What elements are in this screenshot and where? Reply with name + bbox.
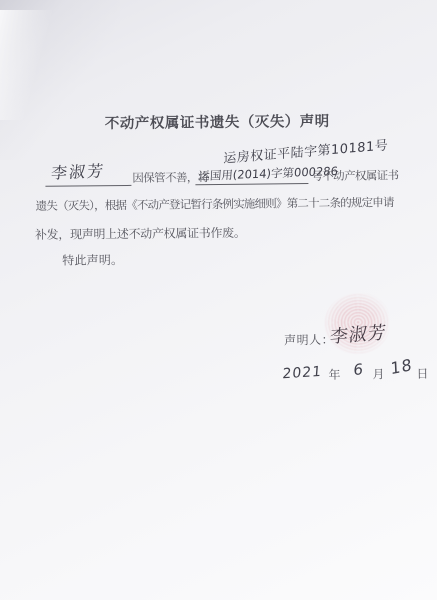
body-line1-post: 号不动产权属证书 xyxy=(311,167,398,184)
handwritten-owner-name: 李淑芳 xyxy=(50,158,106,184)
document-photo: 不动产权属证书遗失（灭失）声明 运房权证平陆字第10181号 李淑芳 因保管不善… xyxy=(0,0,437,600)
handwritten-day: 18 xyxy=(390,355,413,378)
declaration-document: 不动产权属证书遗失（灭失）声明 运房权证平陆字第10181号 李淑芳 因保管不善… xyxy=(0,0,437,600)
closing-statement: 特此声明。 xyxy=(62,251,123,269)
handwritten-certificate-number-top: 运房权证平陆字第10181号 xyxy=(223,134,388,166)
body-line3: 补发，现声明上述不动产权属证书作废。 xyxy=(35,224,246,243)
handwritten-month: 6 xyxy=(353,360,364,379)
day-label: 日 xyxy=(416,365,428,382)
year-label: 年 xyxy=(328,366,340,383)
handwritten-year: 2021 xyxy=(282,364,323,383)
certificate-number-underline xyxy=(195,183,308,185)
body-line2: 遗失（灭失），根据《不动产登记暂行条例实施细则》第二十二条的规定申请 xyxy=(36,194,394,214)
owner-name-underline xyxy=(45,185,131,187)
month-label: 月 xyxy=(372,365,384,382)
handwritten-declarant-signature: 李淑芳 xyxy=(329,318,388,349)
declarant-label: 声明人： xyxy=(284,331,334,349)
document-title: 不动产权属证书遗失（灭失）声明 xyxy=(0,109,436,135)
